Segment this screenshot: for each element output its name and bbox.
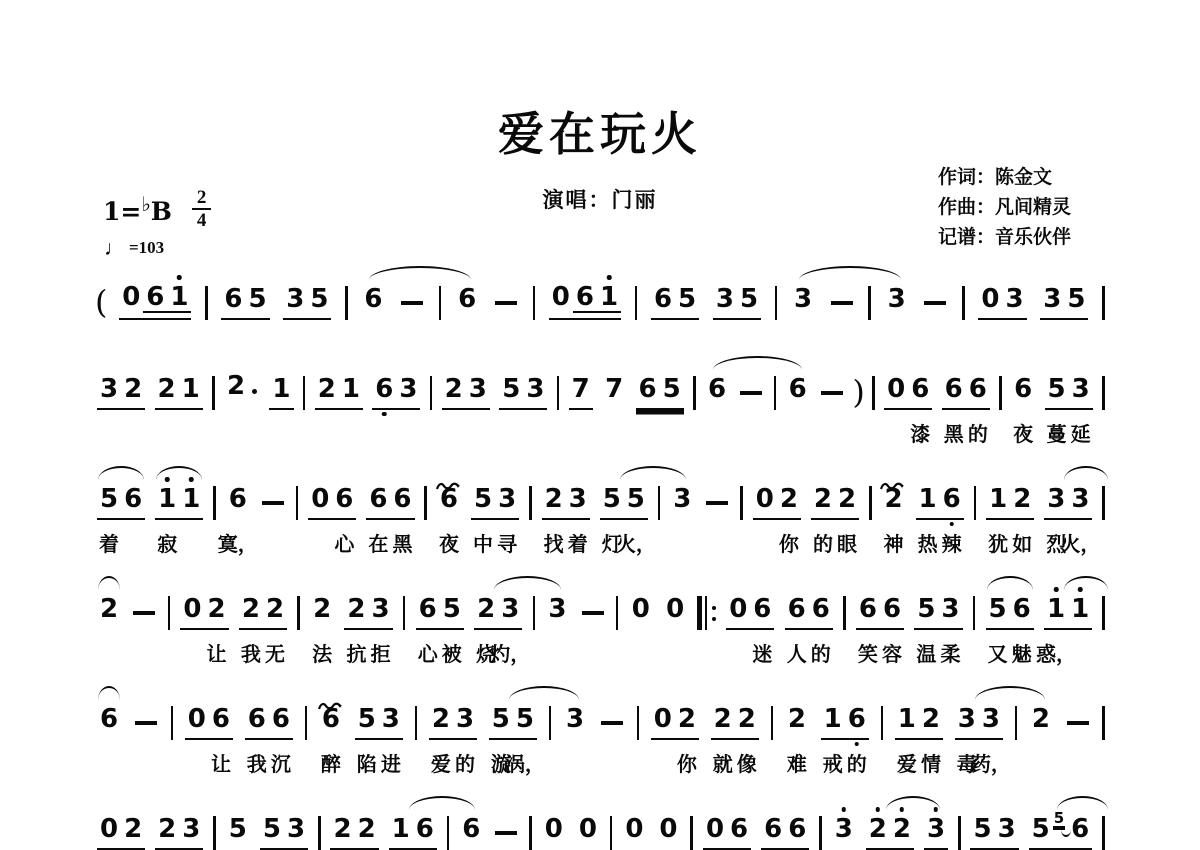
lyric: 又 xyxy=(988,641,1008,669)
note: 5陷 xyxy=(355,705,379,733)
beam-group: 21 xyxy=(315,375,363,410)
note: 2 xyxy=(155,375,179,403)
note: 6 xyxy=(413,815,437,843)
note: 1犹 xyxy=(986,485,1010,513)
note: 6寞， xyxy=(226,485,250,513)
beam-group: 03 xyxy=(978,285,1026,320)
half-note-dash xyxy=(135,721,157,726)
lyric: 心 xyxy=(418,641,438,669)
slur-arc xyxy=(975,686,1045,700)
beam-group: 3 xyxy=(545,595,569,630)
barline xyxy=(740,486,743,520)
note: 6辣 xyxy=(940,485,964,513)
note: 2 xyxy=(315,375,339,403)
barline xyxy=(973,596,976,630)
barline xyxy=(168,596,171,630)
music-line: 202让2我2无2法2抗3拒6心5被2烧3灼，30006迷6人6的6笑6容5温3… xyxy=(95,588,1107,630)
barline xyxy=(529,486,532,520)
note: 0 xyxy=(549,283,573,311)
note: 3 xyxy=(396,375,420,403)
music-line: 5着61寂16寞，06心6在6黑6夜5中3寻2找3着5灯5火，302你2的2眼2… xyxy=(95,478,1107,520)
note: 3 xyxy=(791,285,815,313)
lyric: 温 xyxy=(916,641,936,669)
lyric: 迷 xyxy=(752,641,772,669)
lyric: 拒 xyxy=(371,641,391,669)
beam-group: 556 xyxy=(1029,815,1093,850)
barline xyxy=(1102,376,1105,410)
beam-group: 35 xyxy=(283,285,331,320)
note: 2的 xyxy=(811,485,835,513)
lyric: 我 xyxy=(241,641,261,669)
slur-arc xyxy=(886,796,940,810)
barline xyxy=(212,376,215,410)
barline xyxy=(999,376,1002,410)
lyric: 涡， xyxy=(505,751,545,779)
lyric: 药， xyxy=(971,751,1011,779)
beam-group: 5又6魅 xyxy=(986,595,1034,630)
half-note-dash xyxy=(706,501,728,506)
beam-group: 2抗3拒 xyxy=(344,595,392,630)
note: 3药， xyxy=(979,705,1003,733)
note: 6黑 xyxy=(942,375,966,403)
note: 6醉 xyxy=(319,705,343,733)
lyric: 着 xyxy=(99,531,119,559)
note: 5 xyxy=(499,375,523,403)
note: 2 xyxy=(155,815,179,843)
barline xyxy=(1102,706,1105,740)
beam-group: 061 xyxy=(119,283,191,320)
note: 2眼 xyxy=(835,485,859,513)
barline xyxy=(557,376,560,410)
note: 2难 xyxy=(785,705,809,733)
barline xyxy=(881,706,884,740)
lyric: 黑 xyxy=(944,421,964,449)
note: 3 xyxy=(924,815,948,843)
beam-group: 2的2眼 xyxy=(811,485,859,520)
barline xyxy=(843,596,846,630)
lyric: 的 xyxy=(847,751,867,779)
note: 6魅 xyxy=(1010,595,1034,623)
note: 2就 xyxy=(711,705,735,733)
note: 2抗 xyxy=(344,595,368,623)
slur-arc xyxy=(1064,466,1108,480)
note: 3烈 xyxy=(1044,485,1068,513)
lyric: 抗 xyxy=(346,641,366,669)
beam-group: 6寞， xyxy=(226,485,250,520)
note: 6 xyxy=(459,815,483,843)
note: 6 xyxy=(455,285,479,313)
note: 0 xyxy=(651,705,675,733)
beam-group: 3 xyxy=(563,705,587,740)
lyric: 我 xyxy=(247,751,267,779)
note: 2 xyxy=(866,815,890,843)
half-note-dash xyxy=(401,301,423,306)
lyric: 寻 xyxy=(497,531,517,559)
close-paren: ) xyxy=(852,377,864,410)
note: 1 xyxy=(339,375,363,403)
beam-group: 2 xyxy=(224,372,260,410)
lyric: 情 xyxy=(921,751,941,779)
beam-group: 21 xyxy=(155,375,203,410)
octave-dot-high xyxy=(842,807,847,812)
note: 6我 xyxy=(245,705,269,733)
note: 7 xyxy=(569,375,593,403)
barline xyxy=(415,706,418,740)
beam-group: 3 xyxy=(885,285,909,320)
note: 3的 xyxy=(453,705,477,733)
note: 2爱 xyxy=(429,705,453,733)
lyric: 让 xyxy=(211,751,231,779)
beam-group: 3 xyxy=(791,285,815,320)
barline xyxy=(819,816,822,850)
beam-group: 2 xyxy=(97,595,121,630)
note: 2 xyxy=(355,815,379,843)
lyric: 夜 xyxy=(1013,421,1033,449)
barline xyxy=(1102,596,1105,630)
beam-group: 63 xyxy=(372,375,420,410)
meter-denominator: 4 xyxy=(192,208,212,230)
note: 2情 xyxy=(919,705,943,733)
beam-group: 6 xyxy=(786,375,810,410)
flat-icon: ♭ xyxy=(141,192,150,216)
beam-group: 02你 xyxy=(753,485,801,520)
note: 3 xyxy=(1002,285,1026,313)
music-line: 606让6我6沉6醉5陷3进2爱3的5漩5涡，302你2就2像2难1戒6的1爱2… xyxy=(95,698,1107,740)
lyric: 着 xyxy=(568,531,588,559)
tempo-value: =103 xyxy=(129,238,164,258)
note: 5 xyxy=(970,815,994,843)
lyric: 黑 xyxy=(392,531,412,559)
note: 2如 xyxy=(1010,485,1034,513)
octave-dot-low xyxy=(855,742,860,747)
mordent-icon xyxy=(880,469,904,478)
note: 0 xyxy=(629,595,653,623)
lyric: 漆 xyxy=(910,421,930,449)
barline xyxy=(1102,286,1105,320)
note: 6的 xyxy=(845,705,869,733)
repeat-dots xyxy=(712,606,716,621)
beam-group: 65 xyxy=(636,375,684,410)
beam-group: 5漩5涡， xyxy=(489,705,537,740)
time-signature: 2 4 xyxy=(192,188,212,230)
note: 2烧 xyxy=(474,595,498,623)
note: 3毒 xyxy=(955,705,979,733)
note: 0 xyxy=(663,595,687,623)
barline xyxy=(318,816,321,850)
barline xyxy=(430,376,433,410)
beam-group: 5中3寻 xyxy=(471,485,519,520)
barline xyxy=(403,596,406,630)
note: 1 xyxy=(179,485,203,513)
beam-group: 2难 xyxy=(785,705,809,740)
barline xyxy=(1102,816,1105,850)
note: 0 xyxy=(119,283,143,311)
lyric: 火， xyxy=(1060,531,1100,559)
note: 6漆 xyxy=(908,375,932,403)
note: 3火， xyxy=(1068,485,1092,513)
beam-group: 53 xyxy=(260,815,308,850)
beam-group: 02 xyxy=(97,815,145,850)
transcriber-credit: 记谱：音乐伙伴 xyxy=(938,223,1071,253)
note: 6 xyxy=(785,815,809,843)
note: 2你 xyxy=(777,485,801,513)
lyric: 醉 xyxy=(321,751,341,779)
beam-group: 0 xyxy=(656,815,680,850)
note: 6 xyxy=(727,815,751,843)
note: 6 xyxy=(121,485,145,513)
beam-group: 6在6黑 xyxy=(366,485,414,520)
composer-credit: 作曲：凡间精灵 xyxy=(938,193,1071,223)
music-line: (0616535660616535330335 xyxy=(95,278,1107,320)
lyric: 夜 xyxy=(439,531,459,559)
note: 6容 xyxy=(880,595,904,623)
beam-group: 23 xyxy=(155,815,203,850)
half-note-dash xyxy=(821,391,843,396)
lyric: 心 xyxy=(334,531,354,559)
beam-group: 6夜 xyxy=(1011,375,1035,410)
half-note-dash xyxy=(133,611,155,616)
barline xyxy=(958,816,961,850)
note: 2 xyxy=(224,372,248,400)
barline xyxy=(869,486,872,520)
note: 0 xyxy=(180,595,204,623)
lyric: 热 xyxy=(918,531,938,559)
beam-group: 32 xyxy=(97,375,145,410)
note: 6沉 xyxy=(269,705,293,733)
lyric: 寂 xyxy=(157,531,177,559)
note: 2法 xyxy=(310,595,334,623)
beam-group: 06迷 xyxy=(726,595,774,630)
music-line: 32212121632353776566)06漆6黑6的6夜5蔓3延 xyxy=(95,368,1107,410)
note: 5温 xyxy=(914,595,938,623)
open-paren: ( xyxy=(95,287,107,320)
note: 6 xyxy=(573,283,597,311)
beam-group: 53 xyxy=(499,375,547,410)
note: 6人 xyxy=(785,595,809,623)
note: 1 xyxy=(1068,595,1092,623)
note: 3 xyxy=(466,375,490,403)
lyric: 让 xyxy=(207,641,227,669)
note: 5 xyxy=(675,285,699,313)
slur-arc xyxy=(98,686,120,700)
note: 6的 xyxy=(966,375,990,403)
lyric: 就 xyxy=(713,751,733,779)
key-prefix: 1= xyxy=(103,197,141,226)
beam-group: 66 xyxy=(761,815,809,850)
quarter-note-icon: ♩ xyxy=(104,238,125,258)
note: 6 xyxy=(221,285,245,313)
barline xyxy=(447,816,450,850)
note: 3 xyxy=(97,375,121,403)
barline xyxy=(549,706,552,740)
beam-group: 22 xyxy=(330,815,378,850)
beam-group: 3 xyxy=(924,815,948,850)
beam-group: 2神 xyxy=(881,485,905,520)
note: 5 xyxy=(1029,815,1053,843)
barline xyxy=(693,376,696,410)
barline xyxy=(610,816,613,850)
lyric: 被 xyxy=(442,641,462,669)
note: 3进 xyxy=(379,705,403,733)
lyric: 延 xyxy=(1071,421,1091,449)
half-note-dash xyxy=(1067,721,1089,726)
lyric: 沉 xyxy=(271,751,291,779)
barline xyxy=(533,596,536,630)
note: 2 xyxy=(442,375,466,403)
note: 5 xyxy=(307,285,331,313)
note: 0 xyxy=(576,815,600,843)
slur-arc xyxy=(1064,576,1108,590)
note: 6 xyxy=(361,285,385,313)
beam-group: 5陷3进 xyxy=(355,705,403,740)
beam-group: 2爱3的 xyxy=(429,705,477,740)
lyric: 陷 xyxy=(357,751,377,779)
beam-group: 6 xyxy=(705,375,729,410)
repeat-dot xyxy=(712,606,716,610)
note: 1 xyxy=(269,375,293,403)
beam-group: 5温3柔 xyxy=(914,595,962,630)
lyric: 火， xyxy=(616,531,656,559)
note: 6 xyxy=(1068,815,1092,843)
lyric: 像 xyxy=(737,751,757,779)
note: 6 xyxy=(786,375,810,403)
barline xyxy=(771,706,774,740)
note: 2 xyxy=(890,815,914,843)
note: 0 xyxy=(884,375,908,403)
note: 2 xyxy=(330,815,354,843)
lyric: 进 xyxy=(381,751,401,779)
note: 7 xyxy=(602,375,626,403)
note: 3 xyxy=(1040,285,1064,313)
lyric: 法 xyxy=(312,641,332,669)
lyric: 的 xyxy=(455,751,475,779)
beam-group: 0 xyxy=(542,815,566,850)
beam-group: 5着6 xyxy=(97,485,145,520)
beam-group: 02你 xyxy=(651,705,699,740)
slur-arc xyxy=(509,686,579,700)
note: 2像 xyxy=(735,705,759,733)
beam-group: 23 xyxy=(442,375,490,410)
note: 0 xyxy=(978,285,1002,313)
lyric: 中 xyxy=(473,531,493,559)
lyric: 无 xyxy=(265,641,285,669)
half-note-dash xyxy=(740,391,762,396)
note: 0 xyxy=(97,815,121,843)
lyric: 你 xyxy=(779,531,799,559)
note: 3 xyxy=(713,285,737,313)
barline xyxy=(775,286,778,320)
beam-group: 65 xyxy=(651,285,699,320)
note: 3 xyxy=(284,815,308,843)
note: 5 xyxy=(260,815,284,843)
note: 5漩 xyxy=(489,705,513,733)
barline xyxy=(1015,706,1018,740)
beam-group: 7 xyxy=(602,375,626,410)
beam-group: 61 xyxy=(573,283,621,313)
beam-group: 3 xyxy=(832,815,856,850)
half-note-dash xyxy=(582,611,604,616)
beam-group: 2我2无 xyxy=(239,595,287,630)
beam-group: 6人6的 xyxy=(785,595,833,630)
note: 6让 xyxy=(209,705,233,733)
note: 5 xyxy=(1064,285,1088,313)
key-text: 1=♭B xyxy=(103,192,172,226)
beam-group: 3毒3药， xyxy=(955,705,1003,740)
note: 5 xyxy=(226,815,250,843)
note: 0 xyxy=(542,815,566,843)
lyric: 戒 xyxy=(823,751,843,779)
note: 6 xyxy=(372,375,396,403)
note: 0 xyxy=(726,595,750,623)
lyric: 犹 xyxy=(988,531,1008,559)
note: 0 xyxy=(185,705,209,733)
beam-group: 61 xyxy=(143,283,191,313)
note: 6 xyxy=(143,283,167,311)
note: 3柔 xyxy=(938,595,962,623)
note: 6在 xyxy=(366,485,390,513)
note: 1爱 xyxy=(895,705,919,733)
lyric: 在 xyxy=(368,531,388,559)
note: 6 xyxy=(761,815,785,843)
note: 3 xyxy=(523,375,547,403)
barline xyxy=(213,816,216,850)
slur-arc xyxy=(369,266,471,280)
beam-group: 1寂1 xyxy=(155,485,203,520)
augmentation-dot xyxy=(252,389,257,394)
beam-group: 5蔓3延 xyxy=(1045,375,1093,410)
slur-arc xyxy=(987,576,1033,590)
note: 6笑 xyxy=(856,595,880,623)
beam-group: 1爱2情 xyxy=(895,705,943,740)
note: 6 xyxy=(705,375,729,403)
note: 3拒 xyxy=(369,595,393,623)
beam-group: 1犹2如 xyxy=(986,485,1034,520)
barline xyxy=(205,286,208,320)
lyric: 的 xyxy=(968,421,988,449)
beam-group: 6我6沉 xyxy=(245,705,293,740)
beam-group: 6 xyxy=(459,815,483,850)
note: 5中 xyxy=(471,485,495,513)
lyric: 寞， xyxy=(218,531,258,559)
note: 1寂 xyxy=(155,485,179,513)
barline xyxy=(616,596,619,630)
half-note-dash xyxy=(262,501,284,506)
lyric: 辣 xyxy=(942,531,962,559)
beam-group: 35 xyxy=(1040,285,1088,320)
slur-arc xyxy=(713,356,802,370)
half-note-dash xyxy=(924,301,946,306)
barline xyxy=(637,706,640,740)
note: 2 xyxy=(1029,705,1053,733)
beam-group: 6心5被 xyxy=(416,595,464,630)
half-note-dash xyxy=(831,301,853,306)
lyricist-credit: 作词：陈金文 xyxy=(938,163,1071,193)
barline xyxy=(872,376,875,410)
key-signature: 1=♭B 2 4 xyxy=(103,188,211,230)
half-note-dash xyxy=(495,301,517,306)
note: 6心 xyxy=(332,485,356,513)
slur-arc xyxy=(98,466,144,480)
lyric: 神 xyxy=(884,531,904,559)
half-note-dash xyxy=(601,721,623,726)
beam-group: 5 xyxy=(226,815,250,850)
note: 6夜 xyxy=(437,485,461,513)
grace-note: 5 xyxy=(1053,811,1065,827)
note: 3 xyxy=(545,595,569,623)
barline xyxy=(213,486,216,520)
beam-group: 6夜 xyxy=(437,485,461,520)
beam-group: 6 xyxy=(97,705,121,740)
